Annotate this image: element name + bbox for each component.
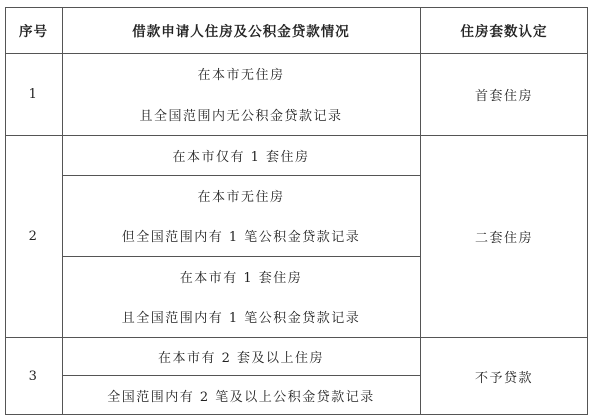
condition-line: 在本市有 1 套住房 — [180, 267, 303, 286]
condition-line: 且全国范围内无公积金贷款记录 — [139, 105, 342, 124]
condition-line: 但全国范围内有 1 笔公积金贷款记录 — [122, 226, 361, 245]
row-2-index: 2 — [5, 135, 62, 337]
row-2-condition-2: 在本市无住房 但全国范围内有 1 笔公积金贷款记录 — [62, 175, 420, 256]
row-3-condition-1: 在本市有 2 套及以上住房 — [62, 337, 420, 375]
row-2-determination: 二套住房 — [420, 135, 588, 337]
header-conditions: 借款申请人住房及公积金贷款情况 — [62, 7, 420, 53]
row-1-index: 1 — [5, 53, 62, 135]
row-1-determination: 首套住房 — [420, 53, 588, 135]
condition-line: 在本市无住房 — [197, 186, 284, 205]
header-index: 序号 — [5, 7, 62, 53]
condition-line: 在本市有 2 套及以上住房 — [158, 347, 324, 366]
row-3-determination: 不予贷款 — [420, 337, 588, 415]
row-3-index: 3 — [5, 337, 62, 415]
row-1-condition: 在本市无住房 且全国范围内无公积金贷款记录 — [62, 53, 420, 135]
condition-line: 全国范围内有 2 笔及以上公积金贷款记录 — [107, 386, 375, 405]
condition-line: 在本市仅有 1 套住房 — [172, 146, 309, 165]
condition-line: 在本市无住房 — [197, 64, 284, 83]
row-3-condition-2: 全国范围内有 2 笔及以上公积金贷款记录 — [62, 375, 420, 415]
header-determination: 住房套数认定 — [420, 7, 588, 53]
row-2-condition-1: 在本市仅有 1 套住房 — [62, 135, 420, 175]
row-2-condition-3: 在本市有 1 套住房 且全国范围内有 1 笔公积金贷款记录 — [62, 256, 420, 337]
condition-line: 且全国范围内有 1 笔公积金贷款记录 — [122, 307, 361, 326]
